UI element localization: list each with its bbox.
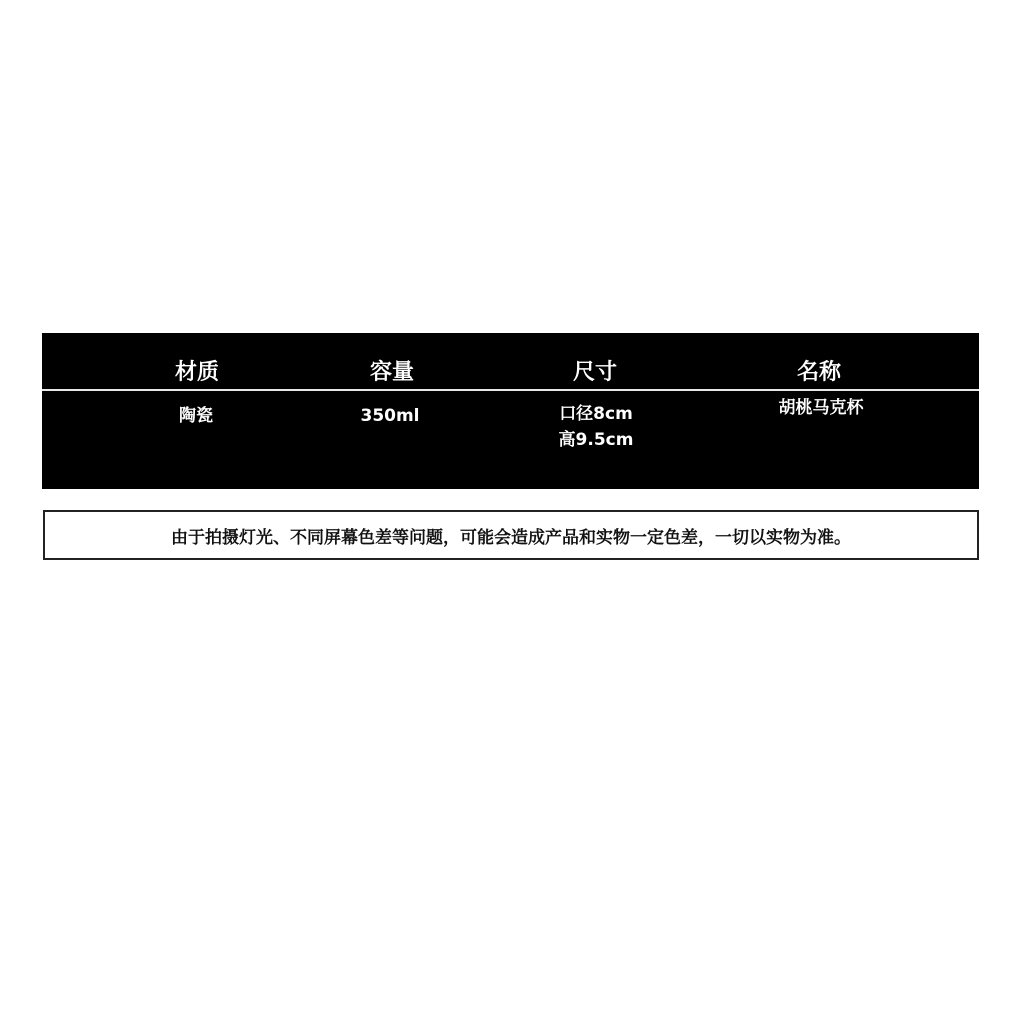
header-capacity: 容量 bbox=[370, 355, 414, 386]
spec-table-row: 陶瓷 350ml 口径8cm 高9.5cm 胡桃马克杯 bbox=[42, 391, 979, 489]
value-material: 陶瓷 bbox=[179, 403, 213, 429]
value-capacity: 350ml bbox=[360, 403, 419, 429]
value-size-diameter: 口径8cm bbox=[559, 401, 634, 427]
notice-text: 由于拍摄灯光、不同屏幕色差等问题，可能会造成产品和实物一定色差，一切以实物为准。 bbox=[171, 523, 851, 548]
header-name: 名称 bbox=[797, 355, 841, 386]
header-size: 尺寸 bbox=[573, 355, 617, 386]
value-size-height: 高9.5cm bbox=[559, 427, 634, 453]
spec-table: 材质 容量 尺寸 名称 陶瓷 350ml 口径8cm 高9.5cm 胡桃马克杯 bbox=[42, 333, 979, 489]
color-disclaimer-notice: 由于拍摄灯光、不同屏幕色差等问题，可能会造成产品和实物一定色差，一切以实物为准。 bbox=[43, 510, 979, 560]
spec-table-header: 材质 容量 尺寸 名称 bbox=[42, 333, 979, 389]
header-material: 材质 bbox=[175, 355, 219, 386]
value-name: 胡桃马克杯 bbox=[779, 395, 864, 421]
value-size: 口径8cm 高9.5cm bbox=[559, 401, 634, 453]
